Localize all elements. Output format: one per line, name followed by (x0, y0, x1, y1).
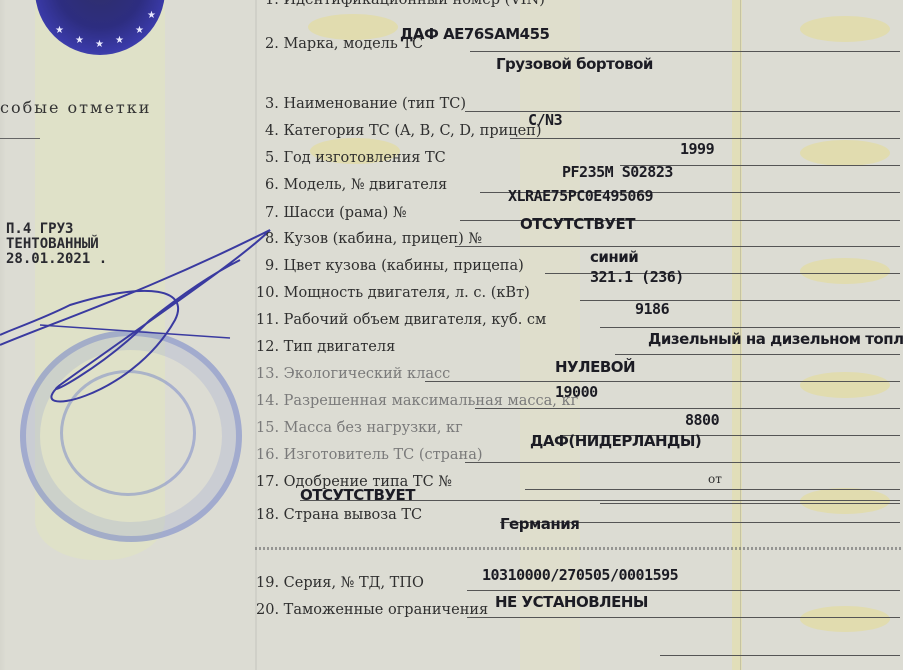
field-label: 20. Таможенные ограничения (256, 602, 488, 618)
field-label: 18. Страна вывоза ТС (256, 507, 422, 523)
field-label: 5. Год изготовления ТС (265, 150, 446, 166)
field-value: ДАФ AE76SAM455 (400, 25, 549, 43)
approval-date-underline (740, 489, 900, 490)
field-value: 9186 (635, 300, 669, 318)
vehicle-passport-page: ★ ★ ★ ★ ★ ★ собые отметки П.4 ГРУЗ ТЕНТО… (0, 0, 903, 670)
field-label: 12. Тип двигателя (256, 339, 395, 355)
field-underline (525, 489, 740, 490)
field-label: 16. Изготовитель ТС (страна) (256, 447, 483, 463)
field-underline (600, 327, 900, 328)
field-underline (467, 590, 900, 591)
field-value: синий (590, 248, 638, 266)
field-underline (615, 354, 900, 355)
field-underline (455, 246, 900, 247)
approval-date-label: от (708, 472, 722, 486)
field-value: 321.1 (236) (590, 268, 684, 286)
field-underline (465, 462, 900, 463)
microtext-divider (255, 547, 903, 550)
field-underline (510, 138, 900, 139)
field-value: Германия (500, 515, 579, 533)
security-mark (800, 258, 890, 284)
field-value: 10310000/270505/0001595 (482, 566, 678, 584)
security-mark (800, 606, 890, 632)
field-underline (425, 381, 900, 382)
field-label: 15. Масса без нагрузки, кг (256, 420, 463, 436)
field-label: 7. Шасси (рама) № (265, 205, 407, 221)
field-value: PF235M S02823 (562, 163, 673, 181)
field-value: НУЛЕВОЙ (555, 358, 635, 376)
field-label: 19. Серия, № ТД, ТПО (256, 575, 424, 591)
special-marks-heading: собые отметки (0, 98, 151, 117)
field-label: 8. Кузов (кабина, прицеп) № (265, 231, 482, 247)
field-label: 9. Цвет кузова (кабины, прицепа) (265, 258, 524, 274)
field-value: XLRAE75PC0E495069 (508, 187, 653, 205)
field-value: НЕ УСТАНОВЛЕНЫ (495, 593, 648, 611)
field-underline (580, 300, 900, 301)
security-mark (800, 488, 890, 514)
field-value: ДАФ(НИДЕРЛАНДЫ) (530, 432, 701, 450)
field-label: 14. Разрешенная максимальная масса, кг (256, 393, 578, 409)
field-label: 4. Категория ТС (A, B, C, D, прицеп) (265, 123, 542, 139)
field-label: 10. Мощность двигателя, л. с. (кВт) (256, 285, 530, 301)
field-underline (467, 617, 900, 618)
field-value: Грузовой бортовой (496, 55, 653, 73)
field-label: 6. Модель, № двигателя (265, 177, 447, 193)
field-underline (475, 408, 900, 409)
field-underline (660, 655, 900, 656)
field-underline (300, 500, 900, 501)
field-underline (470, 51, 900, 52)
signature (0, 170, 280, 430)
divider (0, 138, 40, 139)
field-value: 8800 (685, 411, 719, 429)
field-value: ОТСУТСТВУЕТ (300, 486, 415, 504)
field-label: 13. Экологический класс (256, 366, 450, 382)
field-label: 1. Идентификационный номер (VIN) (265, 0, 545, 8)
field-value: 1999 (680, 140, 714, 158)
field-value: C/N3 (528, 111, 562, 129)
field-value: ОТСУТСТВУЕТ (520, 215, 635, 233)
field-value: 19000 (555, 383, 598, 401)
field-label: 11. Рабочий объем двигателя, куб. см (256, 312, 546, 328)
field-underline (600, 503, 900, 504)
field-label: 3. Наименование (тип ТС) (265, 96, 466, 112)
security-mark (800, 16, 890, 42)
field-value: Дизельный на дизельном топливе (648, 330, 903, 348)
security-mark (800, 140, 890, 166)
security-mark (800, 372, 890, 398)
